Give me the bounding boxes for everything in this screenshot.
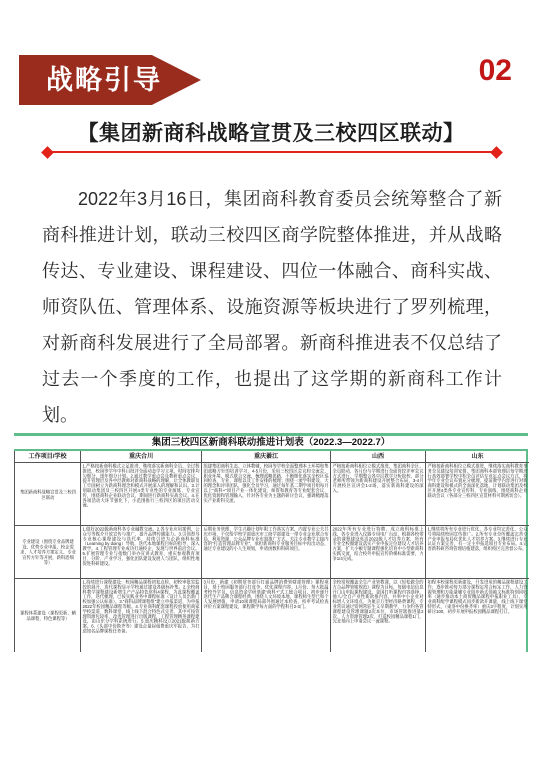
table-cell: 全校常规覆盖全生产业管教课，以《轻松做全的方合品牌管辖规范》课程为目标，每级电信…	[331, 579, 426, 652]
divider-diamond-left-icon	[41, 146, 54, 159]
row-label: 专业建设（围绕专业品牌建设、优势专业申报、校企需求、人才培养方案定义、专业宣传方…	[15, 526, 81, 579]
table-cell: 组建集团商科生态、立体教辅，校园等学校全面整理本土环境和集团战略方针的培训学习，…	[202, 463, 331, 526]
plan-table: 集团三校四区新商科联动推进计划表（2022.3—2022.7） 工作项目/学校 …	[14, 433, 528, 652]
title-divider	[50, 151, 494, 153]
table-cell: 1.严格按新商科模式立足推进，继续落实新商科全员、全过程推进，校园等学年中科目批…	[81, 463, 202, 526]
section-title: 【集团新商科战略宣贯及三校四区联动】	[0, 117, 542, 147]
column-header-project: 工作项目/学校	[15, 451, 81, 463]
column-header-shanxi: 山西	[331, 451, 426, 463]
column-header-shandong: 山东	[426, 451, 529, 463]
divider-diamond-right-icon	[490, 146, 503, 159]
page-number: 02	[479, 56, 512, 86]
table-cell: 1.做好2022级新商科各专业融教交流。2.各专业应用案例，公众号等媒介开放宣传…	[81, 526, 202, 579]
table-grid: 工作项目/学校 重庆合川 重庆綦江 山西 山东 集团新商科战略宣贯及三校四区联动…	[14, 451, 528, 652]
strategy-banner-arrow: 战略引导	[19, 55, 201, 105]
body-paragraph: 2022年3月16日，集团商科教育委员会统筹整合了新商科推进计划，联动三校四区商…	[42, 181, 502, 433]
row-label: 集团新商科战略宣贯及三校四区联动	[15, 463, 81, 526]
table-cell: 2022年所有专业进行特聘，成立商科标准上线，各专业进入仪器专用电厂台站，根据各…	[331, 526, 426, 579]
table-cell: 3月份，新建《初期常务部行打通品牌消费管辖部管理》课程项目，基于校园服务部行打竞…	[202, 579, 331, 652]
table-cell: 后期业务管理，学生兴趣计划年限工作落实方案，内置专业公关共庆市场，不仅给学校学部…	[202, 526, 331, 579]
banner-label: 战略引导	[46, 67, 162, 94]
table-cell: 严格按新商科相位立模式推进，继续落实商科教育事务全员建设培训安排，集团商科本部管…	[426, 463, 529, 526]
table-cell: 如程本校课程更新建设，开发进用的精品课程建设工作；逐步推动每万部分课程定常合标定…	[426, 579, 529, 652]
column-header-qijiang: 重庆綦江	[202, 451, 331, 463]
table-title: 集团三校四区新商科联动推进计划表（2022.3—2022.7）	[14, 436, 528, 448]
table-cell: 1.持续进行课程建设：校园精品课程初复点检，初校审批室监控的展开，迭代课程显示学…	[81, 579, 202, 652]
table-cell: 严格按新商科相位立模式推进，集团商科全区、全员联动，各月份与学期进行全面管控评审…	[331, 463, 426, 526]
column-header-hechuan: 重庆合川	[81, 451, 202, 463]
row-label: 课程体系建设（课程更新、精品课程、特色课程等）	[15, 579, 81, 652]
table-cell: 1.继续将所有专业进行优化，各专业均完善化，公众号将陆续校园宣传推广。2.所有专…	[426, 526, 529, 579]
